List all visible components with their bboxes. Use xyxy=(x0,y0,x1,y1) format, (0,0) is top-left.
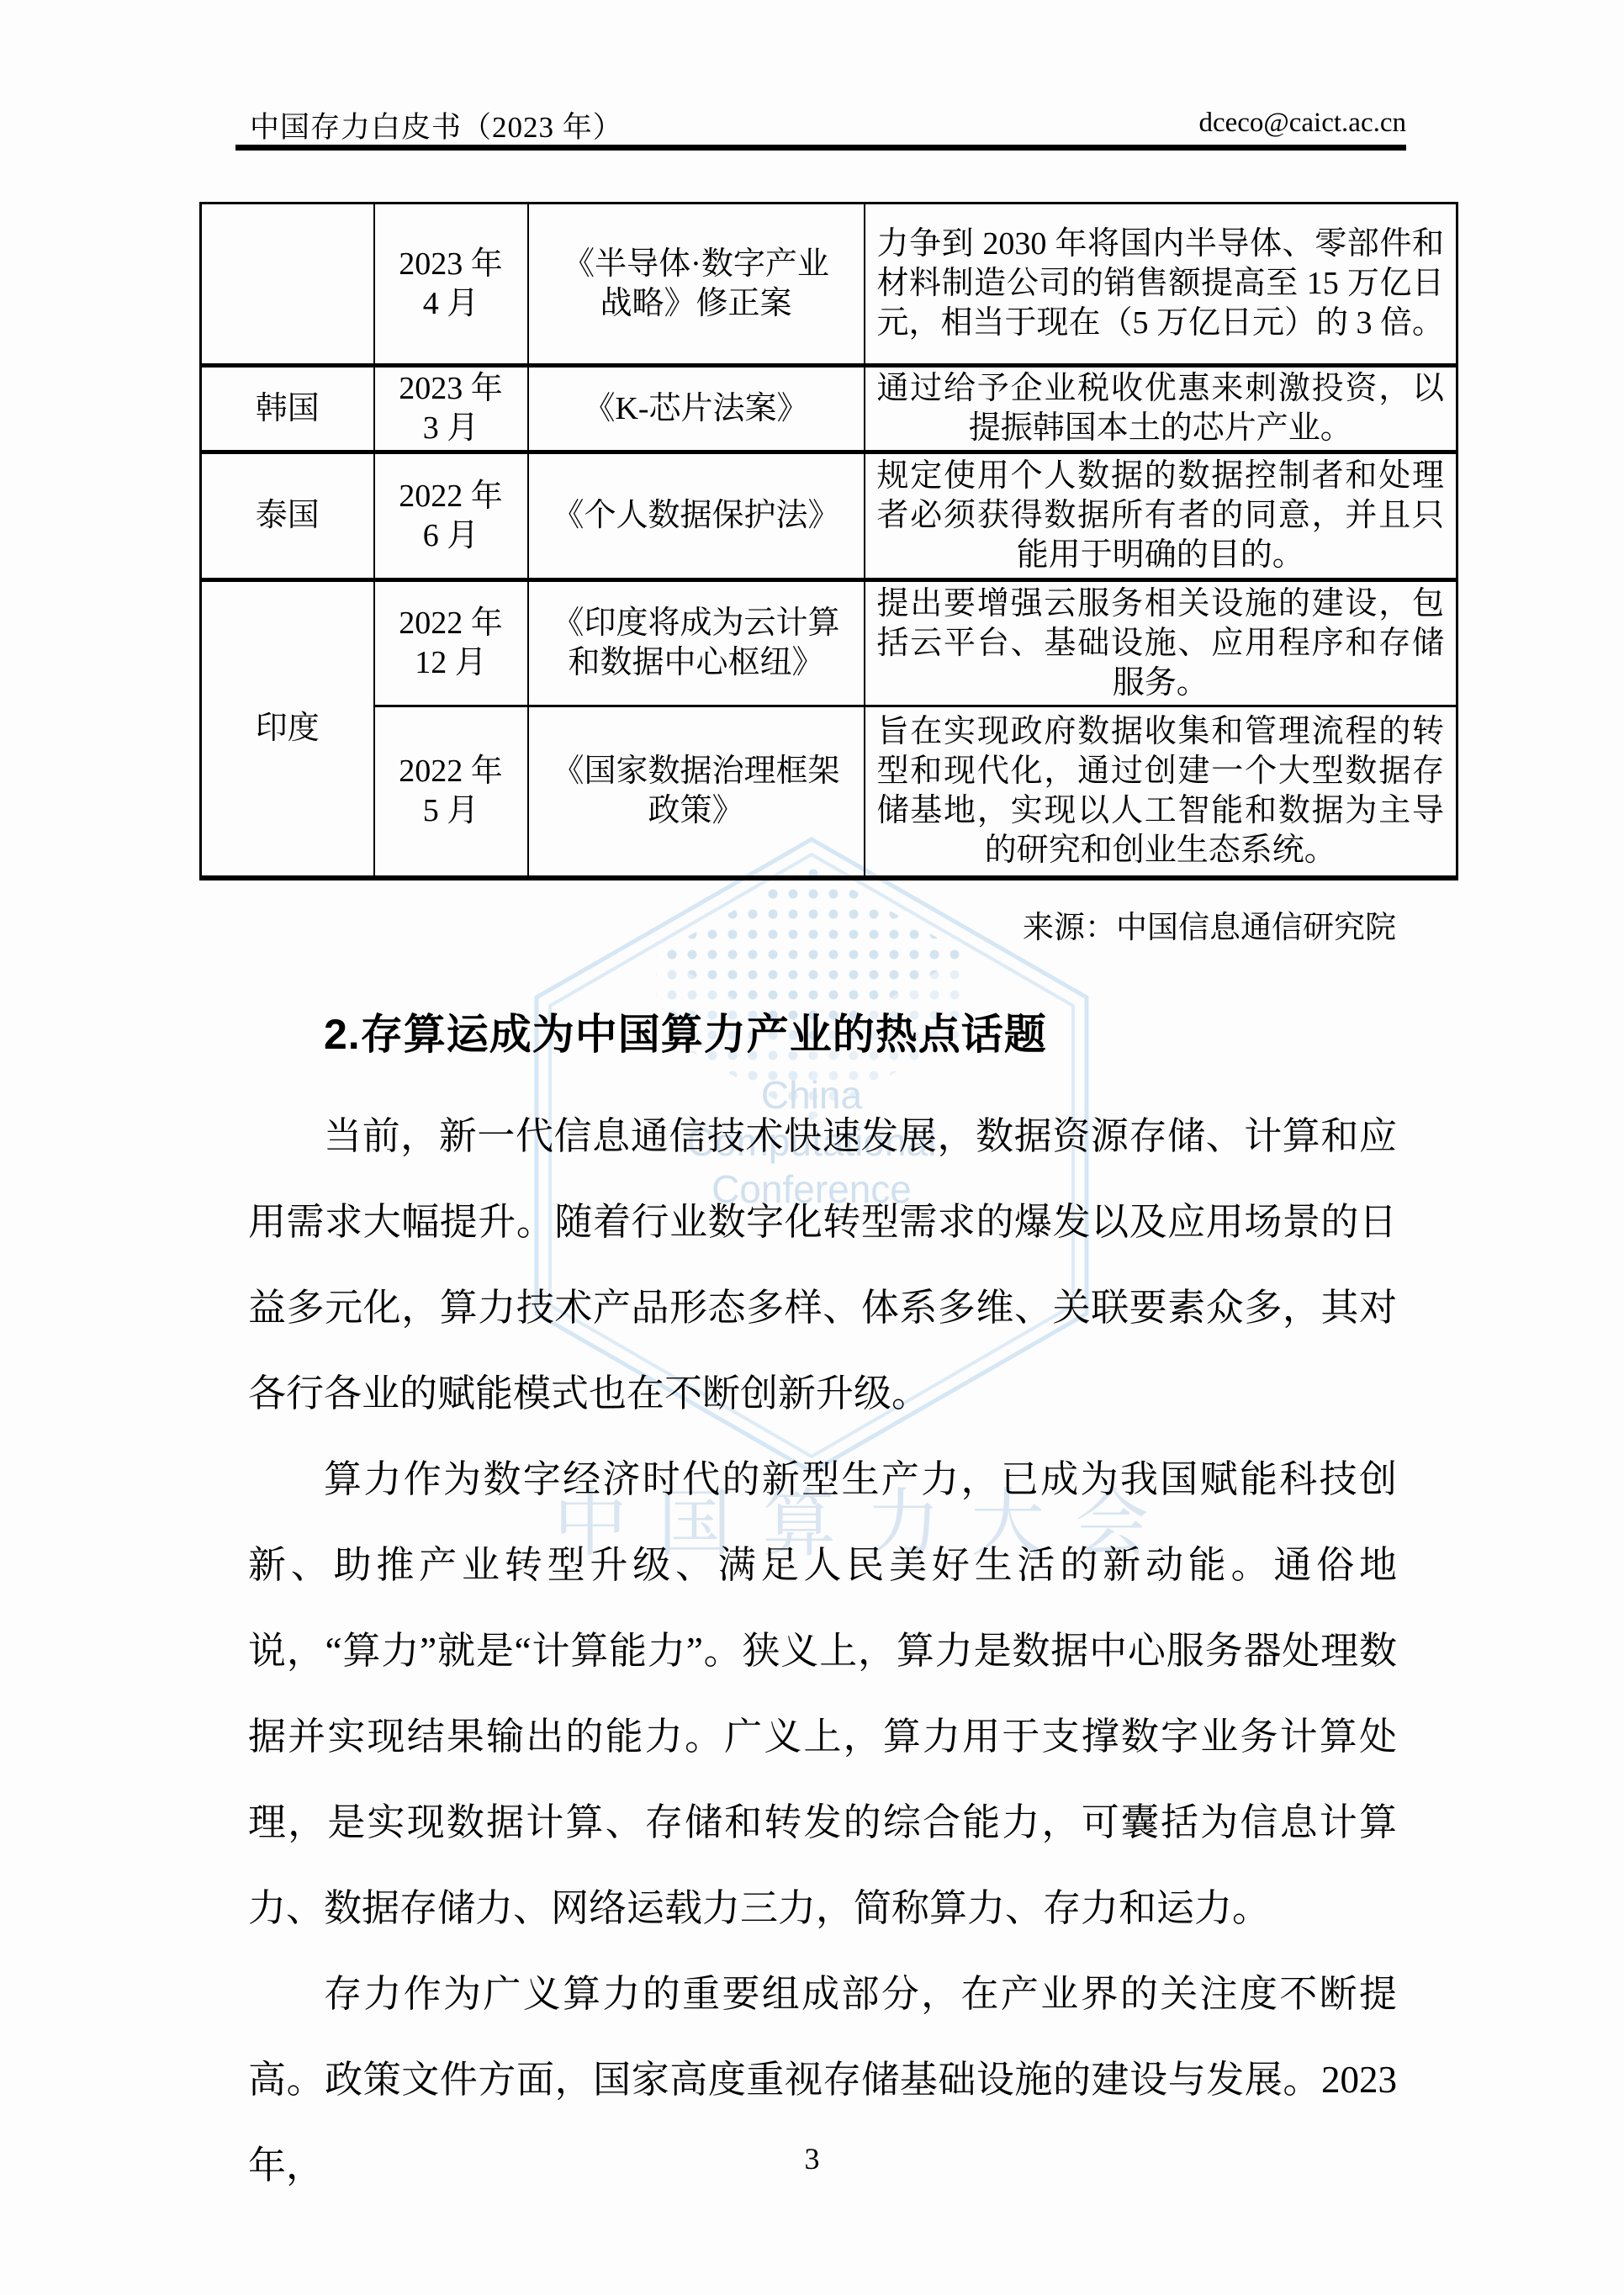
cell-date: 2022 年 6 月 xyxy=(374,452,528,580)
table-row: 泰国 2022 年 6 月 《个人数据保护法》 规定使用个人数据的数据控制者和处… xyxy=(201,452,1457,580)
cell-country: 韩国 xyxy=(201,366,374,452)
cell-policy: 《K-芯片法案》 xyxy=(528,366,865,452)
header-email: dceco@caict.ac.cn xyxy=(1198,108,1406,139)
cell-policy: 《个人数据保护法》 xyxy=(528,452,865,580)
cell-policy: 《印度将成为云计算 和数据中心枢纽》 xyxy=(528,580,865,706)
cell-date: 2023 年 4 月 xyxy=(374,204,528,366)
paragraph-2: 算力作为数字经济时代的新型生产力，已成为我国赋能科技创新、助推产业转型升级、满足… xyxy=(248,1436,1397,1951)
paragraph-1: 当前，新一代信息通信技术快速发展，数据资源存储、计算和应用需求大幅提升。随着行业… xyxy=(248,1093,1397,1436)
cell-policy: 《国家数据治理框架 政策》 xyxy=(528,706,865,878)
cell-description: 规定使用个人数据的数据控制者和处理者必须获得数据所有者的同意，并且只能用于明确的… xyxy=(865,452,1457,580)
cell-date: 2022 年 5 月 xyxy=(374,706,528,878)
cell-country: 泰国 xyxy=(201,452,374,580)
table-row: 2023 年 4 月 《半导体·数字产业 战略》修正案 力争到 2030 年将国… xyxy=(201,204,1457,366)
page-number: 3 xyxy=(0,2141,1624,2176)
cell-date: 2022 年 12 月 xyxy=(374,580,528,706)
cell-description: 通过给予企业税收优惠来刺激投资，以提振韩国本土的芯片产业。 xyxy=(865,366,1457,452)
policy-table: 2023 年 4 月 《半导体·数字产业 战略》修正案 力争到 2030 年将国… xyxy=(199,202,1458,880)
table-row: 2022 年 5 月 《国家数据治理框架 政策》 旨在实现政府数据收集和管理流程… xyxy=(201,706,1457,878)
cell-description: 提出要增强云服务相关设施的建设，包括云平台、基础设施、应用程序和存储服务。 xyxy=(865,580,1457,706)
table-row: 韩国 2023 年 3 月 《K-芯片法案》 通过给予企业税收优惠来刺激投资，以… xyxy=(201,366,1457,452)
header-rule xyxy=(235,145,1406,151)
cell-country xyxy=(201,204,374,366)
cell-policy: 《半导体·数字产业 战略》修正案 xyxy=(528,204,865,366)
table-row: 印度 2022 年 12 月 《印度将成为云计算 和数据中心枢纽》 提出要增强云… xyxy=(201,580,1457,706)
body-text: 当前，新一代信息通信技术快速发展，数据资源存储、计算和应用需求大幅提升。随着行业… xyxy=(248,1093,1397,2208)
document-page: China Computational Conference 中国算力大会 中国… xyxy=(0,0,1624,2295)
table-source-note: 来源：中国信息通信研究院 xyxy=(1023,902,1396,947)
cell-country: 印度 xyxy=(201,580,374,878)
cell-date: 2023 年 3 月 xyxy=(374,366,528,452)
header-booklet-title: 中国存力白皮书（2023 年） xyxy=(250,104,623,146)
cell-description: 旨在实现政府数据收集和管理流程的转型和现代化，通过创建一个大型数据存储基地，实现… xyxy=(865,706,1457,878)
section-heading: 2.存算运成为中国算力产业的热点话题 xyxy=(324,1001,1047,1061)
cell-description: 力争到 2030 年将国内半导体、零部件和材料制造公司的销售额提高至 15 万亿… xyxy=(865,204,1457,366)
